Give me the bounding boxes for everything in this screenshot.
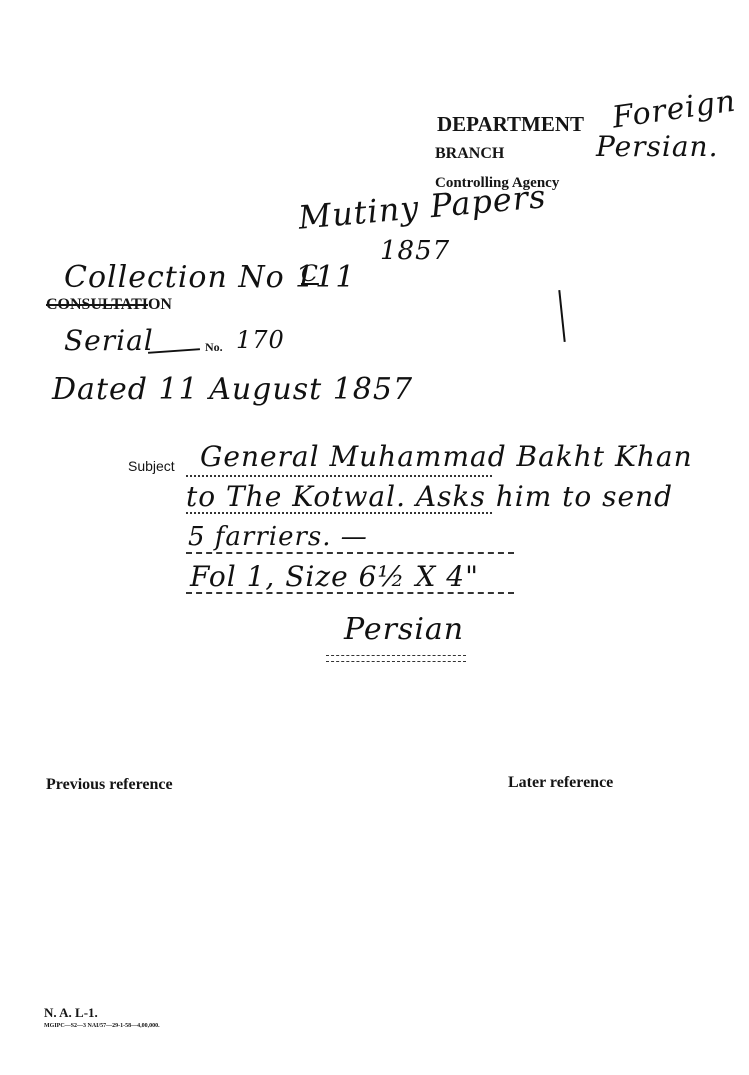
subject-line-1-rule [186,475,492,477]
persian-underline-1 [326,655,466,656]
consultation-label: CONSULTATION [46,296,172,314]
serial-tail-stroke [148,348,200,354]
subject-label: Subject [128,458,175,474]
department-label: DEPARTMENT [437,112,584,137]
subject-line-5: Persian [344,612,464,647]
consultation-struck: CONSULTATI [46,296,148,313]
subject-line-3-rule [186,552,514,554]
form-id: N. A. L-1. [44,1005,98,1021]
mutiny-papers-annotation: Mutiny Papers [297,177,548,237]
consultation-rest: ON [148,296,172,313]
previous-reference-label: Previous reference [46,776,173,794]
collection-suffix: C [301,262,319,287]
subject-line-2: to The Kotwal. Asks him to send [186,480,673,513]
year-annotation: 1857 [380,236,450,266]
persian-underline-2 [326,661,466,662]
print-code: MGIPC—S2—3 NAI/57—29-1-58—4,00,000. [44,1023,160,1029]
later-reference-label: Later reference [508,774,613,792]
branch-value: Persian. [596,130,719,163]
branch-label: BRANCH [435,145,504,163]
department-value: Foreign [610,84,738,136]
no-label: No. [205,340,223,355]
subject-line-4: Fol 1, Size 6½ X 4" [190,560,479,593]
vertical-pen-stroke [558,290,565,342]
subject-line-1: General Muhammad Bakht Khan [200,440,693,473]
serial-handwritten: Serial [64,324,154,357]
subject-line-3: 5 farriers. — [188,522,368,552]
dated-line: Dated 11 August 1857 [52,372,413,407]
serial-number: 170 [236,326,285,354]
